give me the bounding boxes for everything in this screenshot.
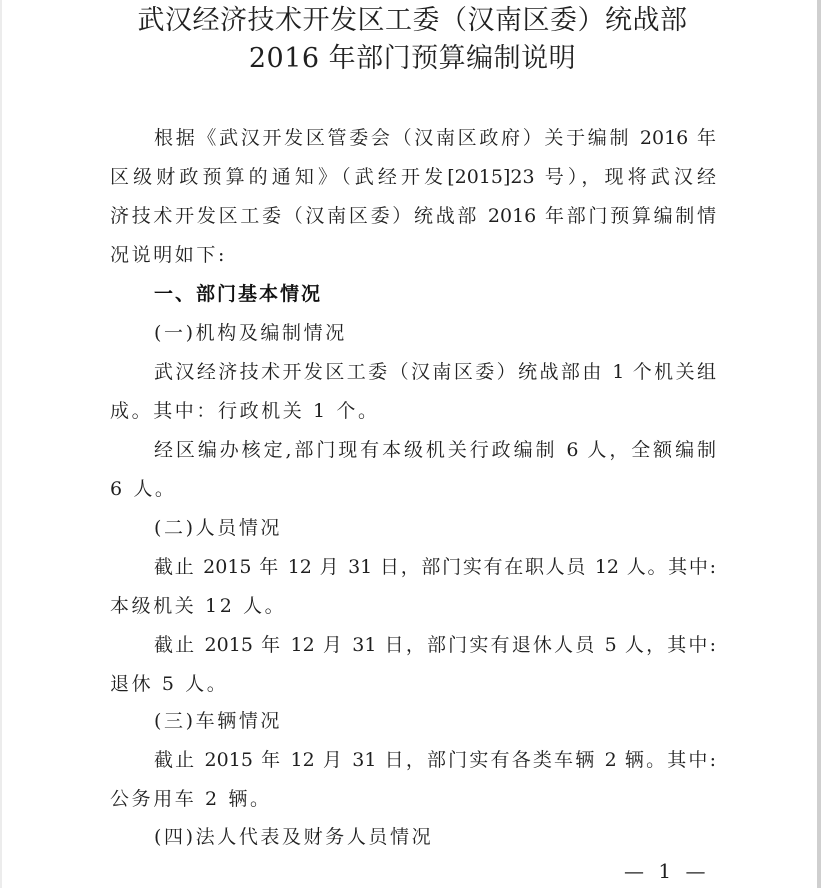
document-title-line-1: 武汉经济技术开发区工委（汉南区委）统战部 [2,2,821,40]
document-page: 武汉经济技术开发区工委（汉南区委）统战部 2016 年部门预算编制说明 根据《武… [0,0,821,888]
intro-paragraph-line: 根据《武汉开发区管委会（汉南区政府）关于编制 2016 年 [154,125,716,151]
document-title-line-2: 2016 年部门预算编制说明 [2,40,821,78]
intro-paragraph-line: 区级财政预算的通知》（武经开发[2015]23 号），现将武汉经 [110,164,716,190]
paragraph-line: 截止 2015 年 12 月 31 日，部门实有在职人员 12 人。其中: [154,554,716,580]
paragraph-line: 截止 2015 年 12 月 31 日，部门实有退休人员 5 人，其中: [154,632,716,658]
paragraph-line: 成。其中：行政机关 1 个。 [110,398,716,424]
subsection-heading: (二)人员情况 [154,515,716,541]
section-heading: 一、部门基本情况 [154,281,716,307]
paragraph-line: 武汉经济技术开发区工委（汉南区委）统战部由 1 个机关组 [154,359,716,385]
page-number: — 1 — [624,858,709,884]
paragraph-line: 公务用车 2 辆。 [110,786,716,812]
paragraph-line: 本级机关 12 人。 [110,593,716,619]
subsection-heading: (三)车辆情况 [154,708,716,734]
subsection-heading: (四)法人代表及财务人员情况 [154,824,716,850]
page-edge-shadow [817,0,821,888]
subsection-heading: (一)机构及编制情况 [154,320,716,346]
intro-paragraph-line: 况说明如下: [110,242,716,268]
paragraph-line: 经区编办核定,部门现有本级机关行政编制 6 人，全额编制 [154,437,716,463]
paragraph-line: 退休 5 人。 [110,671,716,697]
paragraph-line: 截止 2015 年 12 月 31 日，部门实有各类车辆 2 辆。其中: [154,747,716,773]
paragraph-line: 6 人。 [110,476,716,502]
intro-paragraph-line: 济技术开发区工委（汉南区委）统战部 2016 年部门预算编制情 [110,203,716,229]
